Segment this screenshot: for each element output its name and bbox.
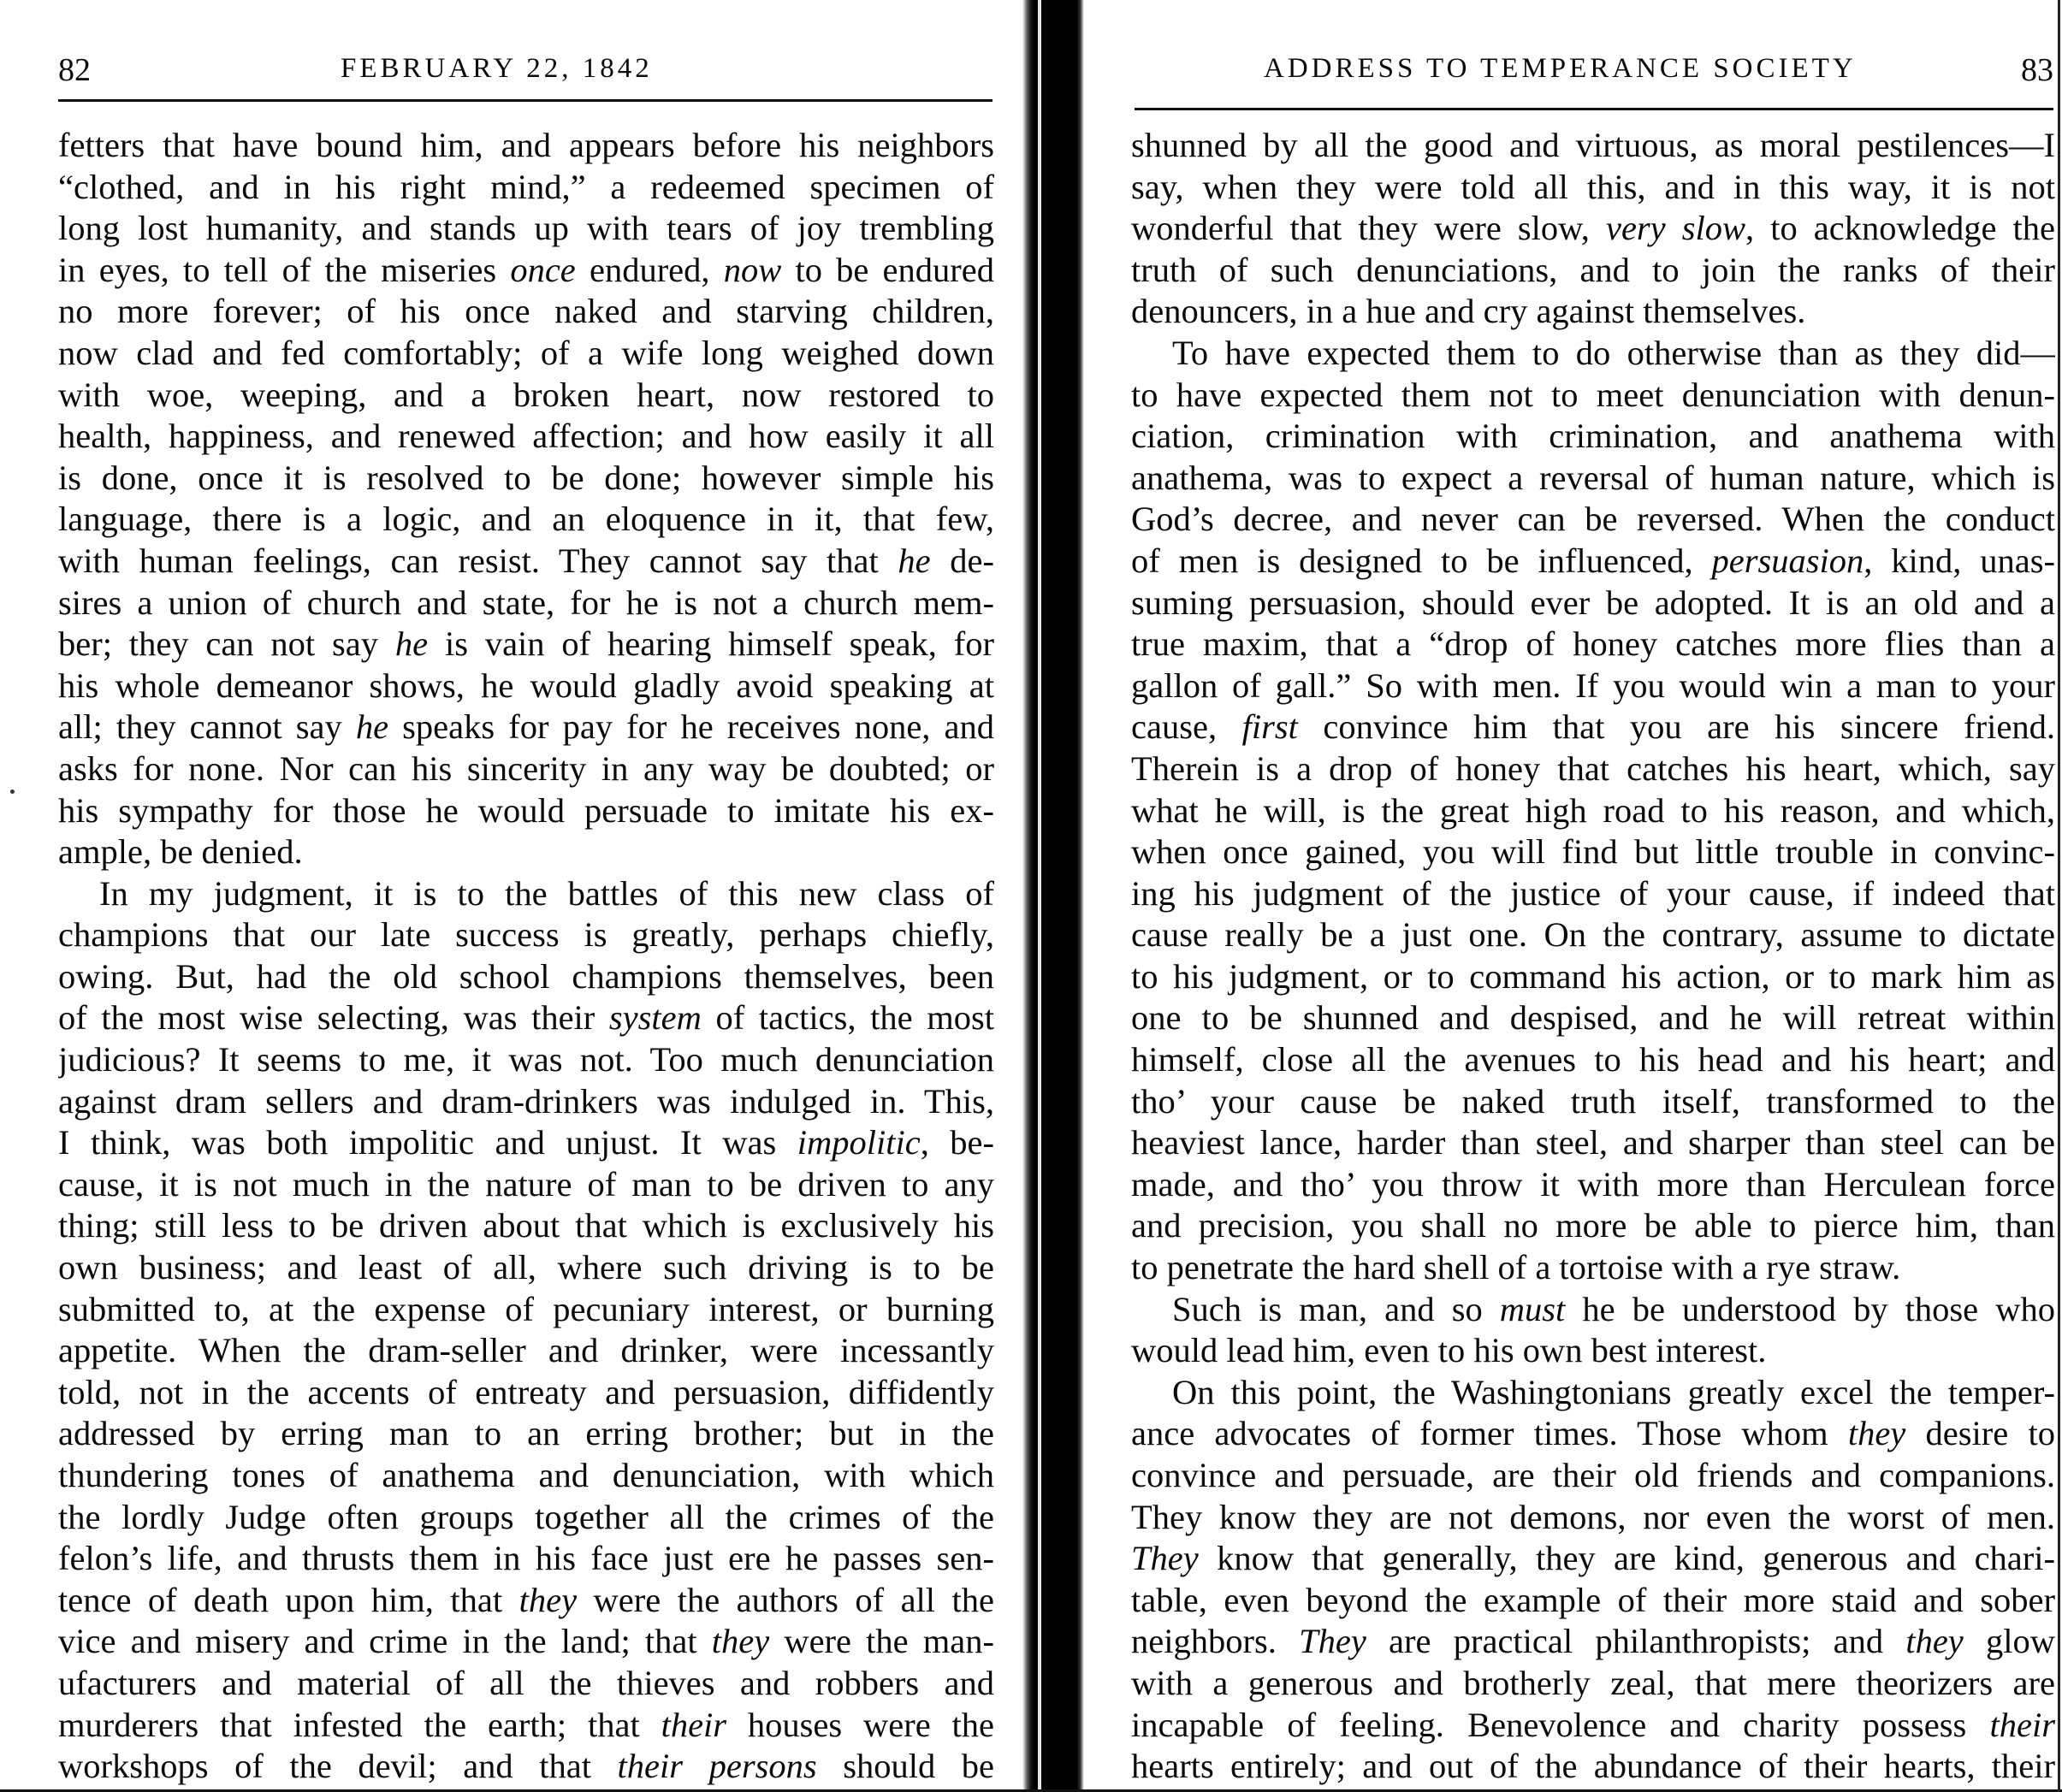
book-spread: 82 FEBRUARY 22, 1842 fetters that have b… xyxy=(0,0,2062,1792)
text-line: shunned by all the good and virtuous, as… xyxy=(1131,125,2055,167)
text-line: neighbors. They are practical philanthro… xyxy=(1131,1621,2055,1663)
running-head-title-right: ADDRESS TO TEMPERANCE SOCIETY xyxy=(1264,53,1857,85)
text-line: what he will, is the great high road to … xyxy=(1131,790,2055,832)
text-line: truth of such denunciations, and to join… xyxy=(1131,250,2055,292)
text-line: They know they are not demons, nor even … xyxy=(1131,1497,2055,1539)
text-line: To have expected them to do otherwise th… xyxy=(1131,333,2055,375)
text-line: On this point, the Washingtonians greatl… xyxy=(1131,1372,2055,1414)
text-line: ciation, crimination with crimination, a… xyxy=(1131,416,2055,458)
text-line: and precision, you shall no more be able… xyxy=(1131,1205,2055,1247)
text-line: cause, first convince him that you are h… xyxy=(1131,707,2055,748)
text-line: heaviest lance, harder than steel, and s… xyxy=(1131,1122,2055,1164)
text-line: Therein is a drop of honey that catches … xyxy=(1131,748,2055,790)
text-line: would lead him, even to his own best int… xyxy=(1131,1330,2055,1372)
text-line: suming persuasion, should ever be adopte… xyxy=(1131,583,2055,624)
text-line: tho’ your cause be naked truth itself, t… xyxy=(1131,1081,2055,1123)
text-line: wonderful that they were slow, very slow… xyxy=(1131,208,2055,250)
text-line: cause really be a just one. On the contr… xyxy=(1131,914,2055,956)
right-page: ADDRESS TO TEMPERANCE SOCIETY 83 shunned… xyxy=(0,0,2062,1792)
text-line: denouncers, in a hue and cry against the… xyxy=(1131,291,2055,333)
text-line: to penetrate the hard shell of a tortois… xyxy=(1131,1247,2055,1289)
text-line: anathema, was to expect a reversal of hu… xyxy=(1131,458,2055,500)
right-page-body: shunned by all the good and virtuous, as… xyxy=(1131,125,2055,1788)
text-line: of men is designed to be influenced, per… xyxy=(1131,541,2055,583)
text-line: to his judgment, or to command his actio… xyxy=(1131,956,2055,998)
text-line: convince and persuade, are their old fri… xyxy=(1131,1455,2055,1497)
text-line: when once gained, you will find but litt… xyxy=(1131,831,2055,873)
text-line: himself, close all the avenues to his he… xyxy=(1131,1039,2055,1081)
text-line: with a generous and brotherly zeal, that… xyxy=(1131,1663,2055,1705)
text-line: table, even beyond the example of their … xyxy=(1131,1580,2055,1622)
text-line: say, when they were told all this, and i… xyxy=(1131,167,2055,209)
text-line: one to be shunned and despised, and he w… xyxy=(1131,997,2055,1039)
header-rule-right xyxy=(1135,108,2053,110)
text-line: ing his judgment of the justice of your … xyxy=(1131,873,2055,915)
text-line: to have expected them not to meet denunc… xyxy=(1131,375,2055,417)
page-number-right: 83 xyxy=(2021,51,2053,89)
text-line: ance advocates of former times. Those wh… xyxy=(1131,1413,2055,1455)
text-line: incapable of feeling. Benevolence and ch… xyxy=(1131,1705,2055,1747)
text-line: Such is man, and so must he be understoo… xyxy=(1131,1289,2055,1331)
text-line: true maxim, that a “drop of honey catche… xyxy=(1131,624,2055,665)
text-line: gallon of gall.” So with men. If you wou… xyxy=(1131,665,2055,707)
text-line: made, and tho’ you throw it with more th… xyxy=(1131,1164,2055,1206)
text-line: hearts entirely; and out of the abundanc… xyxy=(1131,1746,2055,1788)
text-line: They know that generally, they are kind,… xyxy=(1131,1538,2055,1580)
text-line: God’s decree, and never can be reversed.… xyxy=(1131,499,2055,541)
right-running-head: ADDRESS TO TEMPERANCE SOCIETY 83 xyxy=(1131,51,2053,94)
scan-right-edge xyxy=(2058,0,2060,1792)
